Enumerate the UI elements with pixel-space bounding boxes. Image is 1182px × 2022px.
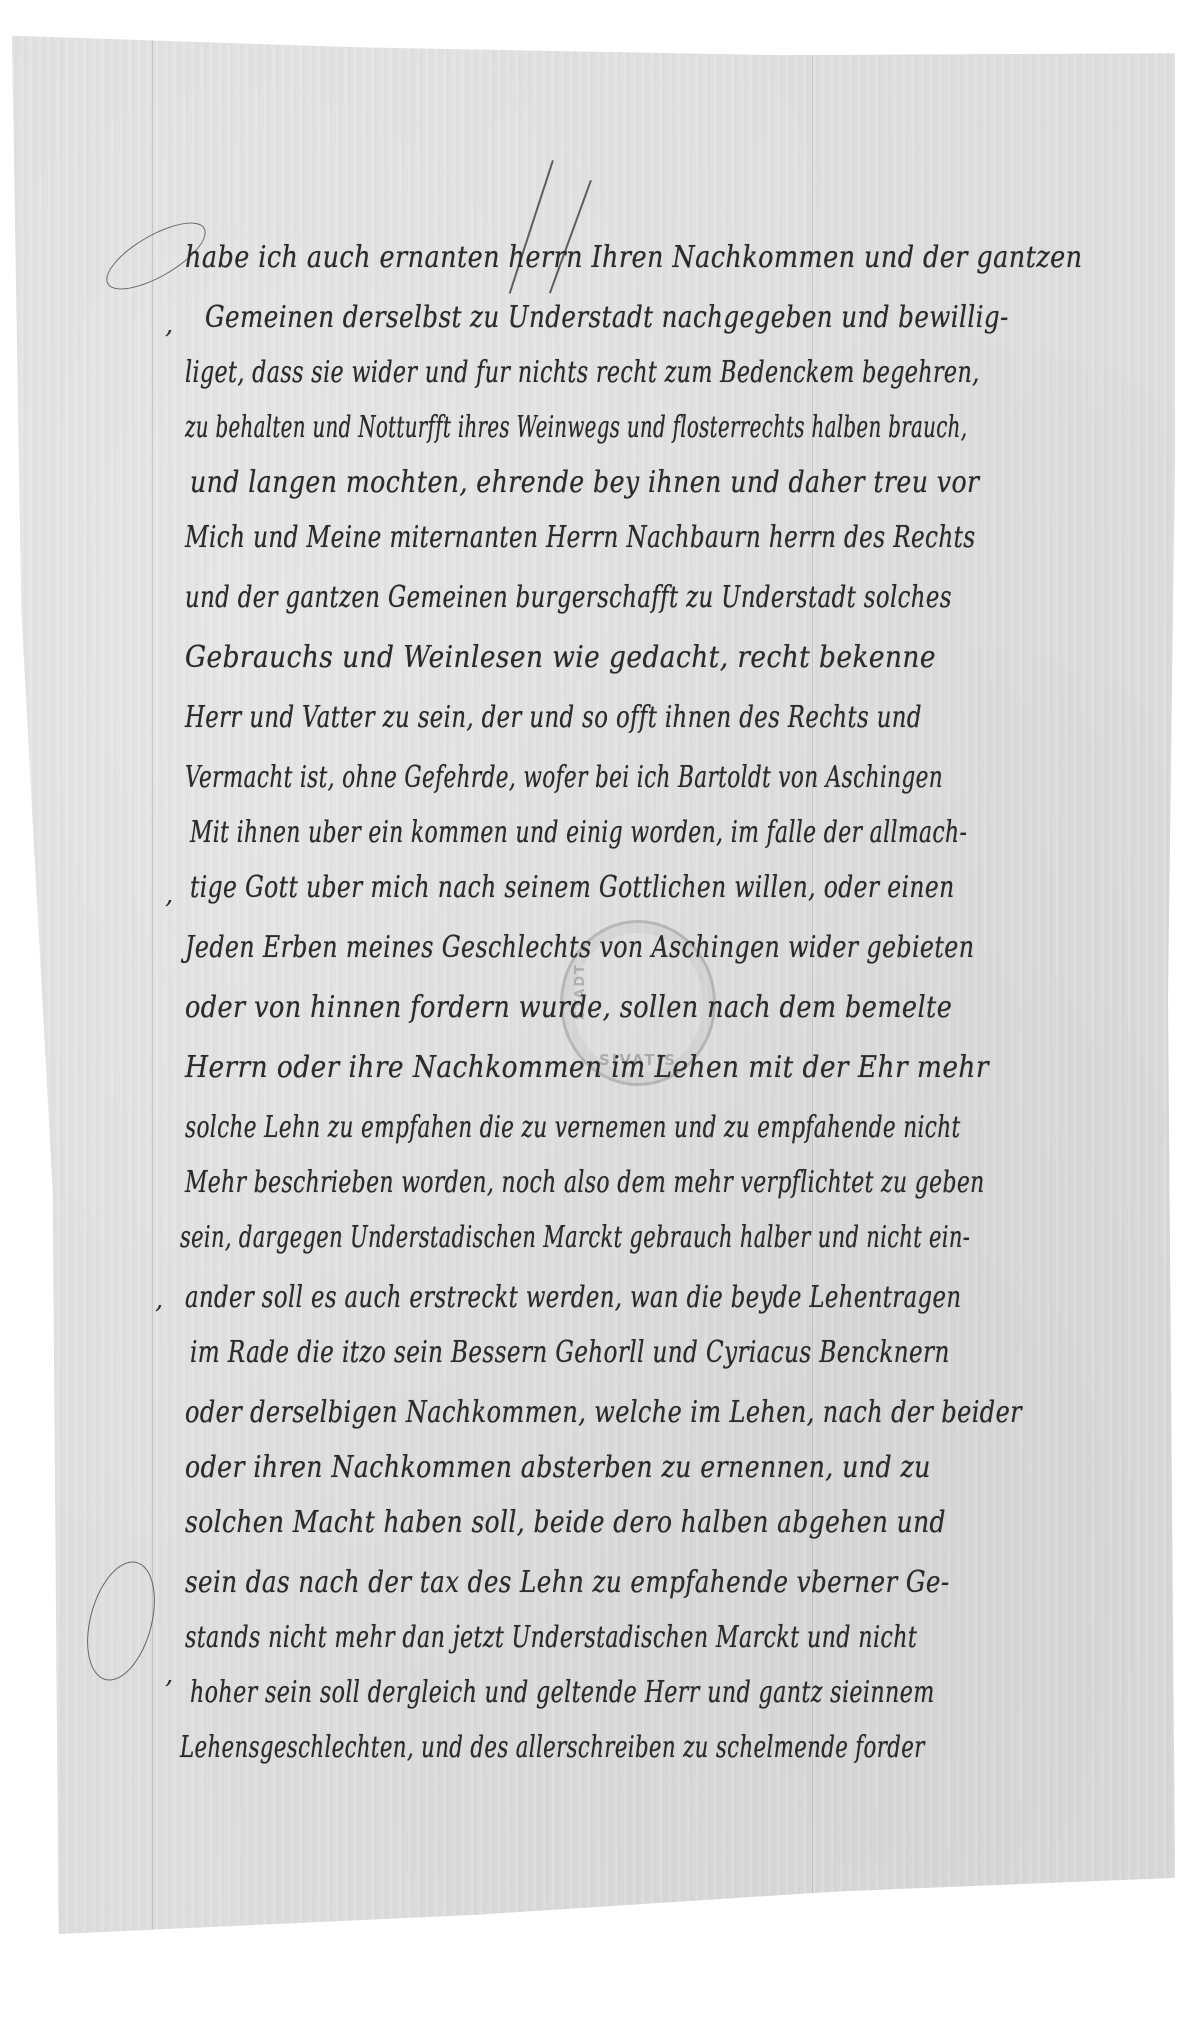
manuscript-line: Herr und Vatter zu sein, der und so offt… [185, 700, 922, 735]
margin-mark: , [165, 1660, 173, 1690]
manuscript-line: solche Lehn zu empfahen die zu vernemen … [185, 1110, 961, 1145]
manuscript-line: und der gantzen Gemeinen burgerschafft z… [185, 580, 952, 615]
manuscript-line: und langen mochten, ehrende bey ihnen un… [190, 465, 980, 500]
manuscript-line: solchen Macht haben soll, beide dero hal… [185, 1505, 946, 1540]
manuscript-line: Lehensgeschlechten, und des allerschreib… [180, 1730, 925, 1765]
manuscript-line: liget, dass sie wider und fur nichts rec… [185, 355, 980, 390]
manuscript-line: im Rade die itzo sein Bessern Gehorll un… [190, 1335, 950, 1370]
manuscript-line: Gemeinen derselbst zu Understadt nachgeg… [205, 300, 1009, 335]
manuscript-line: oder ihren Nachkommen absterben zu ernen… [185, 1450, 931, 1485]
manuscript-line: zu behalten und Notturfft ihres Weinwegs… [185, 410, 967, 445]
margin-mark: , [155, 1285, 163, 1315]
manuscript-line: ander soll es auch erstreckt werden, wan… [185, 1280, 961, 1315]
manuscript-line: hoher sein soll dergleich und geltende H… [190, 1675, 935, 1710]
manuscript-line: Herrn oder ihre Nachkommen im Lehen mit … [185, 1050, 989, 1085]
manuscript-line: stands nicht mehr dan jetzt Understadisc… [185, 1620, 917, 1655]
margin-mark: , [165, 880, 173, 910]
manuscript-line: sein, dargegen Understadischen Marckt ge… [180, 1220, 970, 1255]
manuscript-line: oder von hinnen fordern wurde, sollen na… [185, 990, 952, 1025]
manuscript-line: habe ich auch ernanten herrn Ihren Nachk… [185, 240, 1083, 275]
manuscript-line: Mit ihnen uber ein kommen und einig word… [190, 815, 967, 850]
paper-fold-line [152, 30, 153, 1965]
manuscript-line: oder derselbigen Nachkommen, welche im L… [185, 1395, 1022, 1430]
manuscript-line: Gebrauchs und Weinlesen wie gedacht, rec… [185, 640, 936, 675]
manuscript-line: Mich und Meine miternanten Herrn Nachbau… [185, 520, 976, 555]
manuscript-line: Jeden Erben meines Geschlechts von Aschi… [185, 930, 974, 965]
margin-mark: , [165, 310, 173, 340]
manuscript-line: tige Gott uber mich nach seinem Gottlich… [190, 870, 955, 905]
manuscript-line: Vermacht ist, ohne Gefehrde, wofer bei i… [185, 760, 943, 795]
manuscript-line: sein das nach der tax des Lehn zu empfah… [185, 1565, 950, 1600]
manuscript-line: Mehr beschrieben worden, noch also dem m… [185, 1165, 985, 1200]
